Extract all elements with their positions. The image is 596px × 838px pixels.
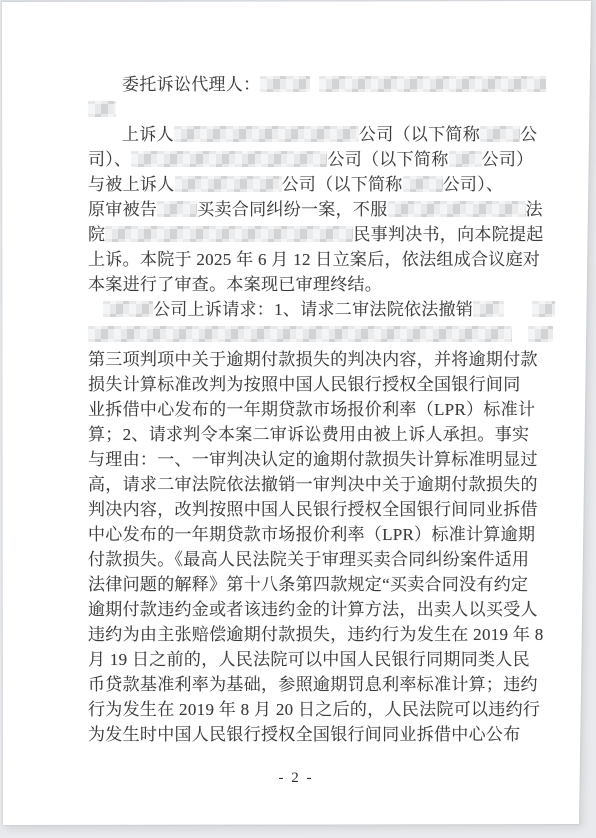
document-line: 行为发生在 2019 年 8 月 20 日之后的，人民法院可以违约行 — [88, 697, 540, 722]
document-line: 委托诉讼代理人： — [88, 72, 540, 97]
text-run: 与理由：一、一审判决认定的逾期付款损失计算标准明显过 — [88, 450, 538, 469]
redaction-block — [319, 76, 546, 92]
redaction-block — [157, 201, 197, 217]
text-run: 上诉。本院于 2025 年 6 月 12 日立案后，依法组成合议庭对 — [88, 250, 540, 269]
text-run: 公司上诉请求：1、请求二审法院依法撤销 — [153, 300, 473, 319]
document-line: 业拆借中心发布的一年期贷款市场报价利率（LPR）标准计 — [88, 397, 540, 422]
page-number: - 2 - — [2, 770, 590, 787]
redaction-block — [105, 226, 353, 242]
redaction-gap — [512, 339, 528, 340]
document-line: 上诉人公司（以下简称公 — [88, 122, 540, 147]
text-run: 法 — [526, 200, 543, 219]
text-run: 公司）、 — [443, 175, 504, 194]
redaction-block — [175, 176, 282, 192]
document-line: 与被上诉人公司（以下简称公司）、 — [88, 172, 540, 197]
redaction-block — [473, 301, 504, 317]
document-line: 高，请求二审法院依法撤销一审判决中关于逾期付款损失的 — [88, 472, 540, 497]
text-run: 算；2、请求判令本案二审诉讼费用由被上诉人承担。事实 — [88, 425, 529, 444]
redaction-block — [528, 326, 553, 342]
text-run: 行为发生在 2019 年 8 月 20 日之后的，人民法院可以违约行 — [88, 700, 540, 719]
scan-backdrop: 委托诉讼代理人：上诉人公司（以下简称公司）、公司（以下简称公司）与被上诉人公司（… — [0, 0, 596, 838]
text-run: 公司（以下简称 — [282, 175, 403, 194]
text-run: 买卖合同纠纷一案，不服 — [197, 200, 387, 219]
document-line: 院民事判决书，向本院提起 — [88, 222, 540, 247]
text-run: 原审被告 — [88, 200, 157, 219]
text-run: 司）、 — [88, 150, 131, 169]
text-run: 币贷款基准利率为基础，参照逾期罚息利率标准计算；违约 — [88, 675, 538, 694]
document-line: 司）、公司（以下简称公司） — [88, 147, 540, 172]
document-line: 法律问题的解释》第十八条第四款规定“买卖合同没有约定 — [88, 572, 540, 597]
document-line — [88, 322, 540, 347]
text-run: 为发生时中国人民银行授权全国银行间同业拆借中心公布 — [88, 725, 521, 744]
text-run: 违约为由主张赔偿逾期付款损失，违约行为发生在 2019 年 8 — [88, 625, 544, 644]
text-run: 本案进行了审查。本案现已审理终结。 — [88, 275, 382, 294]
text-run: 高，请求二审法院依法撤销一审判决中关于逾期付款损失的 — [88, 475, 538, 494]
redaction-block — [480, 126, 520, 142]
redaction-block — [88, 326, 512, 342]
text-run: 第三项判项中关于逾期付款损失的判决内容，并将逾期付款 — [88, 350, 538, 369]
redaction-block — [131, 151, 327, 167]
redaction-block — [174, 126, 359, 142]
redaction-block — [88, 101, 116, 117]
document-line: 逾期付款违约金或者该违约金的计算方法，出卖人以买受人 — [88, 597, 540, 622]
document-line: 币贷款基准利率为基础，参照逾期罚息利率标准计算；违约 — [88, 672, 540, 697]
redaction-block — [403, 176, 443, 192]
document-line: 与理由：一、一审判决认定的逾期付款损失计算标准明显过 — [88, 447, 540, 472]
text-run: 公司） — [482, 150, 534, 169]
document-line: 为发生时中国人民银行授权全国银行间同业拆借中心公布 — [88, 722, 540, 747]
document-line: 违约为由主张赔偿逾期付款损失，违约行为发生在 2019 年 8 — [88, 622, 540, 647]
document-line: 付款损失。《最高人民法院关于审理买卖合同纠纷案件适用 — [88, 547, 540, 572]
text-run: 院 — [88, 225, 105, 244]
document-line: 中心发布的一年期贷款市场报价利率（LPR）标准计算逾期 — [88, 522, 540, 547]
document-line: 算；2、请求判令本案二审诉讼费用由被上诉人承担。事实 — [88, 422, 540, 447]
document-line: 上诉。本院于 2025 年 6 月 12 日立案后，依法组成合议庭对 — [88, 247, 540, 272]
document-line: 损失计算标准改判为按照中国人民银行授权全国银行间同 — [88, 372, 540, 397]
text-run: 上诉人 — [122, 125, 174, 144]
sheet-shadow: 委托诉讼代理人：上诉人公司（以下简称公司）、公司（以下简称公司）与被上诉人公司（… — [0, 0, 596, 838]
redaction-gap — [310, 89, 319, 90]
text-run: 逾期付款违约金或者该违约金的计算方法，出卖人以买受人 — [88, 600, 538, 619]
redaction-block — [449, 151, 482, 167]
redaction-block — [388, 201, 526, 217]
text-run: 付款损失。《最高人民法院关于审理买卖合同纠纷案件适用 — [88, 550, 529, 569]
document-line: 原审被告买卖合同纠纷一案，不服法 — [88, 197, 540, 222]
document-line: 月 19 日之前的，人民法院可以中国人民银行同期同类人民 — [88, 647, 540, 672]
text-run: 业拆借中心发布的一年期贷款市场报价利率（LPR）标准计 — [88, 400, 535, 419]
document-line: 判决内容，改判按照中国人民银行授权全国银行间同业拆借 — [88, 497, 540, 522]
text-run: 公 — [520, 125, 537, 144]
text-run: 损失计算标准改判为按照中国人民银行授权全国银行间同 — [88, 375, 521, 394]
text-run: 月 19 日之前的，人民法院可以中国人民银行同期同类人民 — [88, 650, 530, 669]
text-run: 公司（以下简称 — [359, 125, 480, 144]
text-run: 中心发布的一年期贷款市场报价利率（LPR）标准计算逾期 — [88, 525, 535, 544]
text-run: 民事判决书，向本院提起 — [353, 225, 543, 244]
text-run: 法律问题的解释》第十八条第四款规定“买卖合同没有约定 — [88, 575, 528, 594]
text-run: 判决内容，改判按照中国人民银行授权全国银行间同业拆借 — [88, 500, 538, 519]
text-run: 委托诉讼代理人： — [122, 75, 260, 94]
document-sheet: 委托诉讼代理人：上诉人公司（以下简称公司）、公司（以下简称公司）与被上诉人公司（… — [0, 0, 596, 838]
text-run: 与被上诉人 — [88, 175, 175, 194]
text-run: 公司（以下简称 — [327, 150, 448, 169]
redaction-block — [532, 301, 555, 317]
document-line: 本案进行了审查。本案现已审理终结。 — [88, 272, 540, 297]
redaction-block — [260, 76, 310, 92]
document-line: 第三项判项中关于逾期付款损失的判决内容，并将逾期付款 — [88, 347, 540, 372]
redaction-block — [103, 301, 153, 317]
redaction-gap — [504, 314, 532, 315]
document-text: 委托诉讼代理人：上诉人公司（以下简称公司）、公司（以下简称公司）与被上诉人公司（… — [88, 72, 540, 747]
document-line: 公司上诉请求：1、请求二审法院依法撤销 — [88, 297, 540, 322]
document-line — [88, 97, 540, 122]
